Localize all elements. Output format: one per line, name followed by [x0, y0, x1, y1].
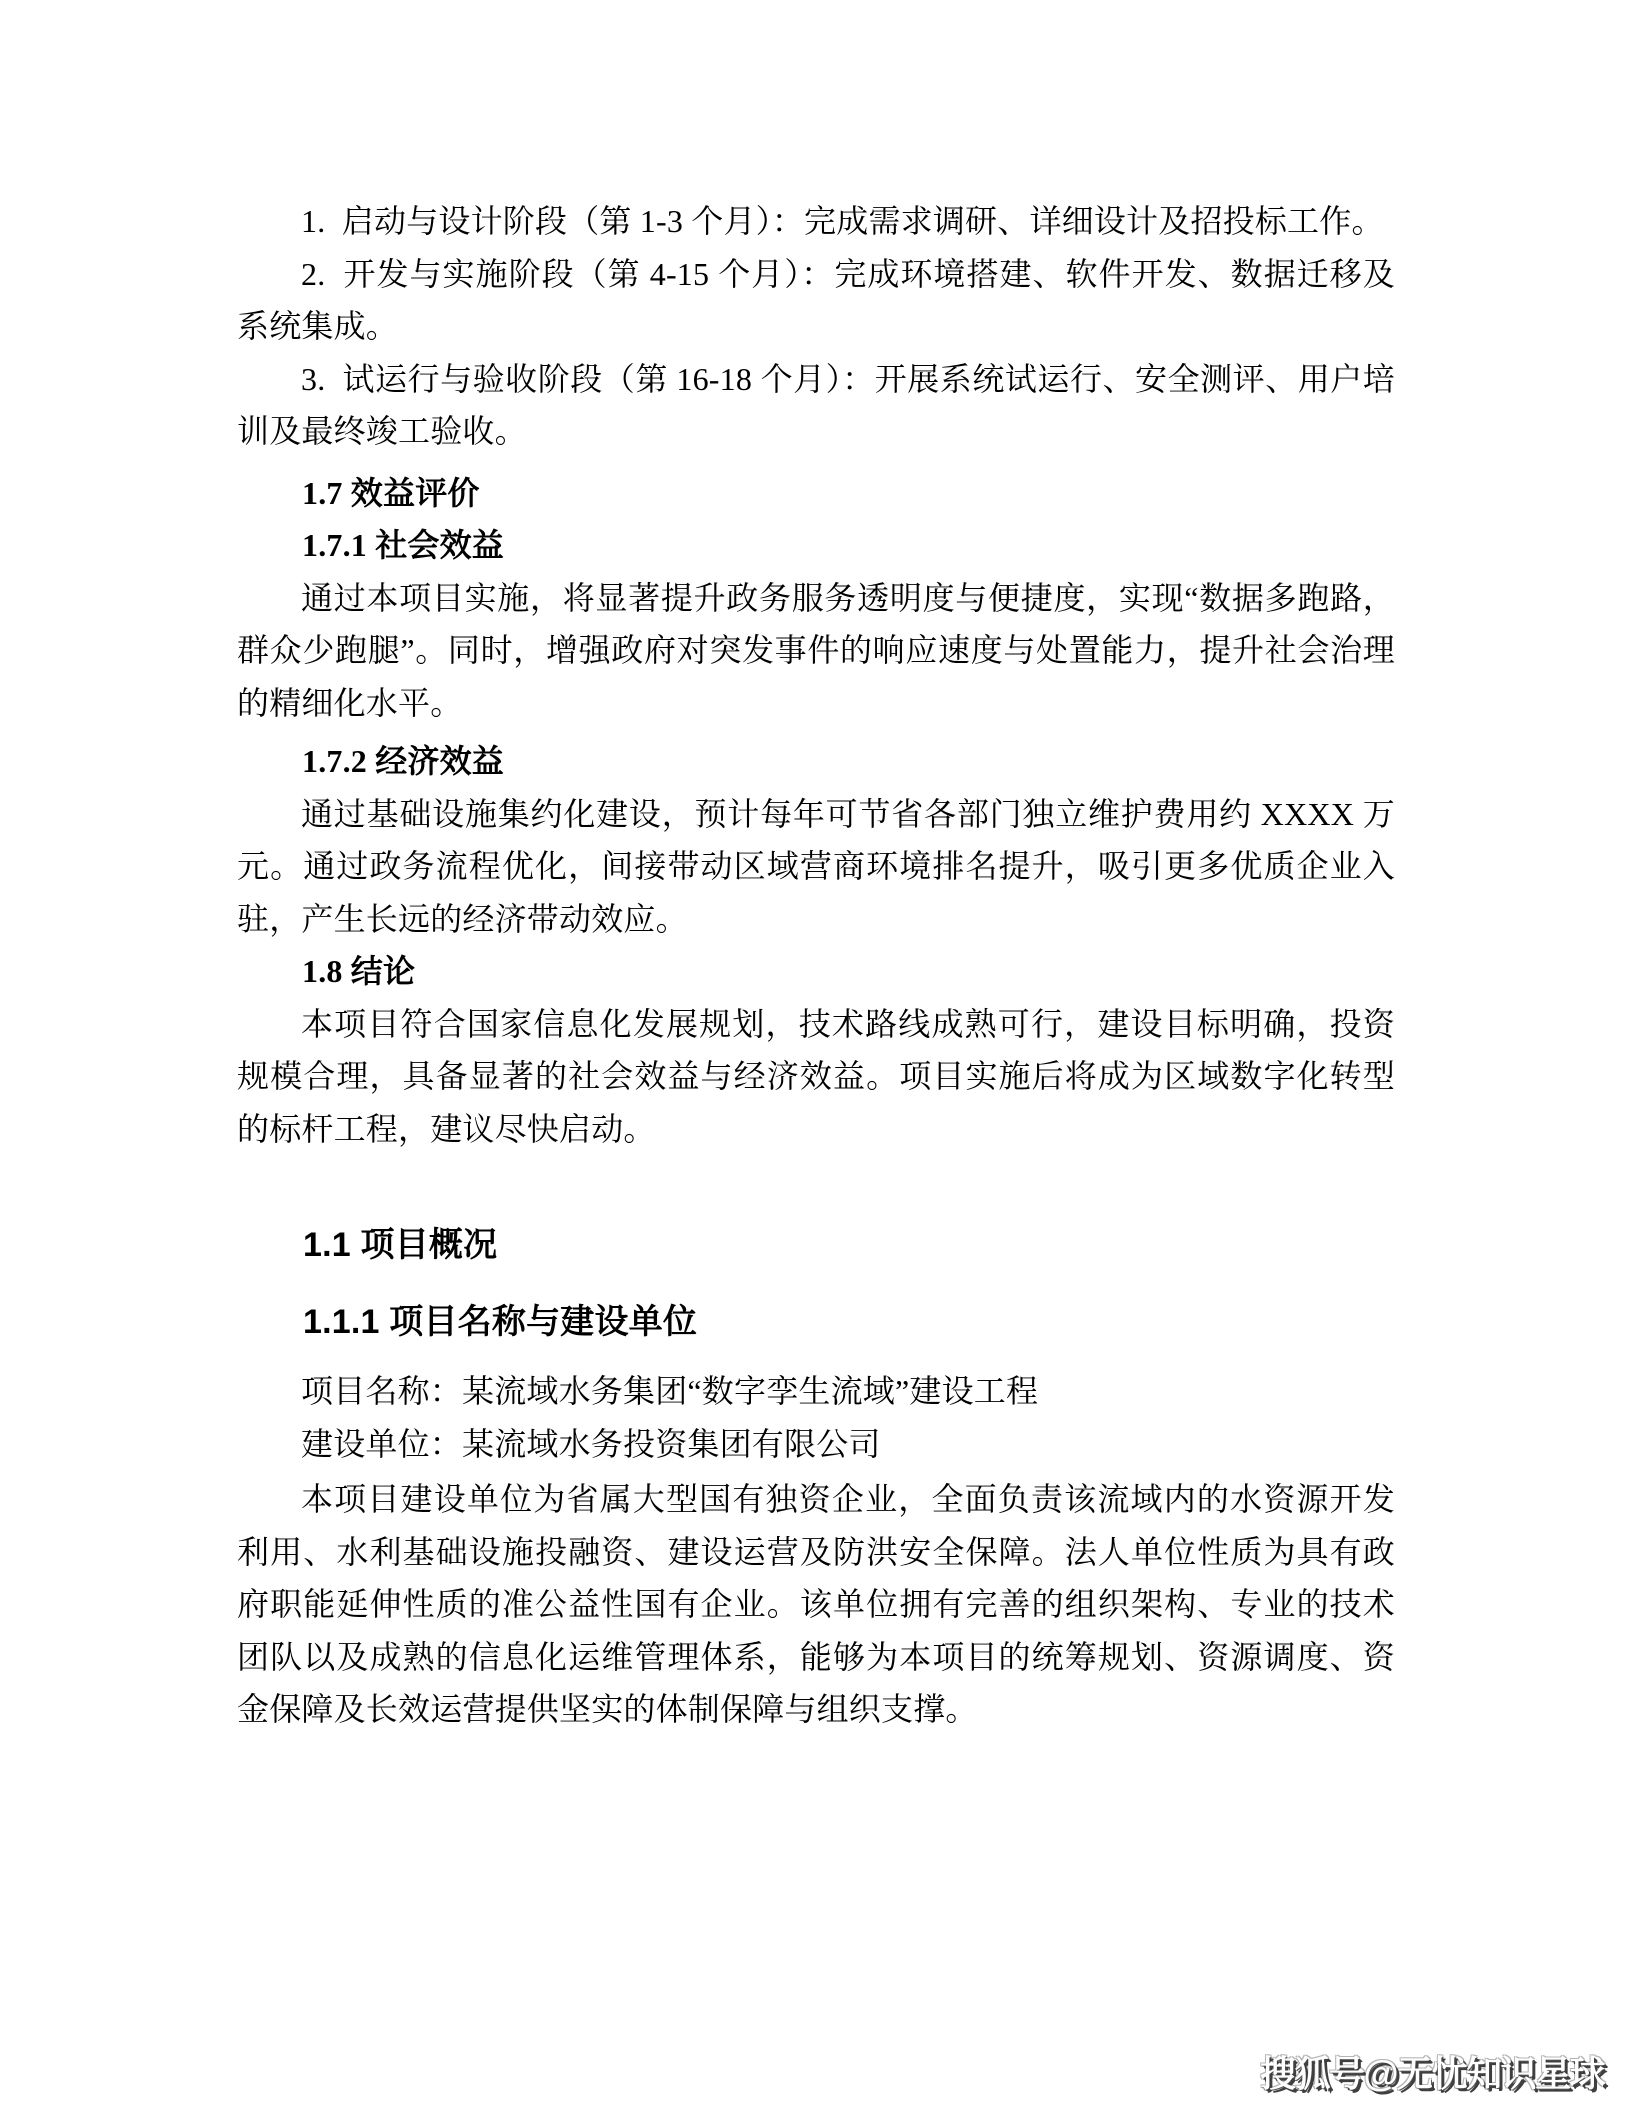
- heading-benefits: 1.7 效益评价: [237, 467, 1395, 520]
- phase-list-item-3: 3. 试运行与验收阶段（第 16-18 个月）：开展系统试运行、安全测评、用户培…: [237, 353, 1395, 458]
- watermark-text: 搜狐号@无忧知识星球: [1260, 2046, 1604, 2097]
- line-project-name: 项目名称：某流域水务集团“数字孪生流域”建设工程: [237, 1365, 1395, 1418]
- document-body: 1. 启动与设计阶段（第 1-3 个月）：完成需求调研、详细设计及招投标工作。 …: [237, 195, 1395, 1736]
- heading-economic-benefits: 1.7.2 经济效益: [237, 735, 1395, 788]
- paragraph-conclusion: 本项目符合国家信息化发展规划，技术路线成熟可行，建设目标明确，投资规模合理，具备…: [237, 998, 1395, 1156]
- heading-conclusion: 1.8 结论: [237, 945, 1395, 998]
- paragraph-economic-benefits: 通过基础设施集约化建设，预计每年可节省各部门独立维护费用约 XXXX 万元。通过…: [237, 788, 1395, 946]
- document-page: 1. 启动与设计阶段（第 1-3 个月）：完成需求调研、详细设计及招投标工作。 …: [0, 0, 1632, 2112]
- heading-social-benefits: 1.7.1 社会效益: [237, 519, 1395, 572]
- phase-list-item-1: 1. 启动与设计阶段（第 1-3 个月）：完成需求调研、详细设计及招投标工作。: [237, 195, 1395, 248]
- paragraph-social-benefits: 通过本项目实施，将显著提升政务服务透明度与便捷度，实现“数据多跑路，群众少跑腿”…: [237, 572, 1395, 730]
- line-build-unit: 建设单位：某流域水务投资集团有限公司: [237, 1418, 1395, 1471]
- phase-list-item-2: 2. 开发与实施阶段（第 4-15 个月）：完成环境搭建、软件开发、数据迁移及系…: [237, 248, 1395, 353]
- heading-project-overview: 1.1 项目概况: [237, 1215, 1395, 1275]
- paragraph-build-unit-description: 本项目建设单位为省属大型国有独资企业，全面负责该流域内的水资源开发利用、水利基础…: [237, 1473, 1395, 1736]
- heading-project-name-unit: 1.1.1 项目名称与建设单位: [237, 1292, 1395, 1352]
